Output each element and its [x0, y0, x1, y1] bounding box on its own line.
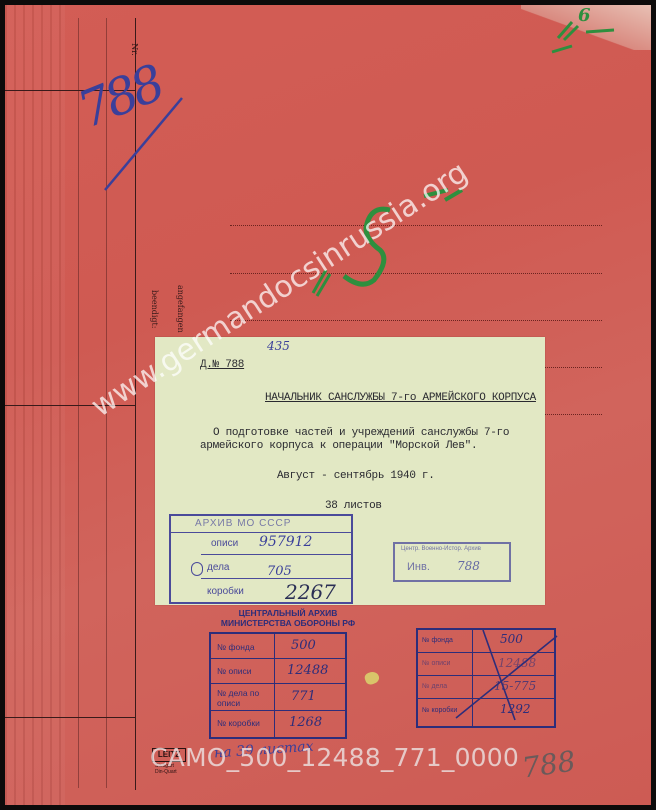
stamp-row-label-korobki: коробки — [207, 586, 244, 597]
handwritten-green-corner-mark: 6 — [578, 5, 591, 26]
label-date: Август - сентябрь 1940 г. — [277, 470, 435, 482]
right-row-value-fond: 500 — [500, 632, 523, 646]
central-row-value-opis: 12488 — [287, 663, 328, 678]
stamp-inventory: Центр. Военно-Истор. Архив Инв. 788 — [393, 542, 511, 582]
stamp-seal-icon — [191, 562, 203, 576]
stamp-central-archive-table: № фонда 500 № описи 12488 № дела по опис… — [209, 632, 347, 739]
stamp-row-value-opisi: 957912 — [259, 534, 312, 550]
central-row-label-opis: № описи — [217, 666, 252, 676]
stamp-archive-title: АРХИВ МО СССР — [195, 518, 291, 529]
right-row-label-korobka: № коробки — [422, 706, 457, 716]
stamp-row-label-dela: дела — [207, 562, 229, 573]
stamp-row-value-dela: 705 — [267, 564, 292, 579]
stamp-inventory-value: 788 — [457, 559, 480, 573]
handwritten-box-number: 2267 — [285, 580, 336, 604]
central-archive-title: ЦЕНТРАЛЬНЫЙ АРХИВ МИНИСТЕРСТВА ОБОРОНЫ Р… — [208, 608, 368, 628]
right-row-label-delo: № дела — [422, 682, 447, 692]
central-archive-title-line-2: МИНИСТЕРСТВА ОБОРОНЫ РФ — [208, 618, 368, 628]
label-heading: НАЧАЛЬНИК САНСЛУЖБЫ 7-го АРМЕЙСКОГО КОРП… — [265, 392, 536, 404]
right-row-value-opis: 12488 — [498, 656, 536, 670]
stamp-right-crossed-table: № фонда 500 № описи 12488 № дела 15-775 … — [416, 628, 556, 728]
central-archive-title-line-1: ЦЕНТРАЛЬНЫЙ АРХИВ — [208, 608, 368, 618]
crossed-handwritten-number: 435 — [267, 339, 290, 353]
stamp-inventory-title: Центр. Военно-Истор. Архив — [401, 546, 481, 552]
label-subject-line-1: О подготовке частей и учреждений санслуж… — [213, 427, 509, 439]
central-row-label-fond: № фонда — [217, 642, 255, 652]
right-row-label-opis: № описи — [422, 659, 450, 669]
file-label: Д.№ 788 435 НАЧАЛЬНИК САНСЛУЖБЫ 7-го АРМ… — [155, 337, 545, 605]
stamp-inventory-label: Инв. — [407, 561, 430, 573]
file-number: Д.№ 788 — [200, 359, 244, 371]
right-row-label-fond: № фонда — [422, 636, 453, 646]
right-row-value-korobka: 1292 — [500, 702, 531, 716]
right-row-value-delo: 15-775 — [494, 679, 536, 693]
central-row-value-delo: 771 — [291, 689, 316, 704]
central-row-value-fond: 500 — [291, 638, 316, 653]
label-subject-line-2: армейского корпуса к операции "Морской Л… — [200, 440, 477, 452]
label-sheet-count: 38 листов — [325, 500, 382, 512]
stamp-row-label-opisi: описи — [211, 538, 238, 549]
central-row-label-delo: № дела по описи — [217, 688, 272, 708]
central-row-label-korobka: № коробки — [217, 718, 260, 728]
file-id-overlay: CAMO_500_12488_771_0000 — [150, 743, 519, 772]
central-row-value-korobka: 1268 — [289, 715, 322, 730]
